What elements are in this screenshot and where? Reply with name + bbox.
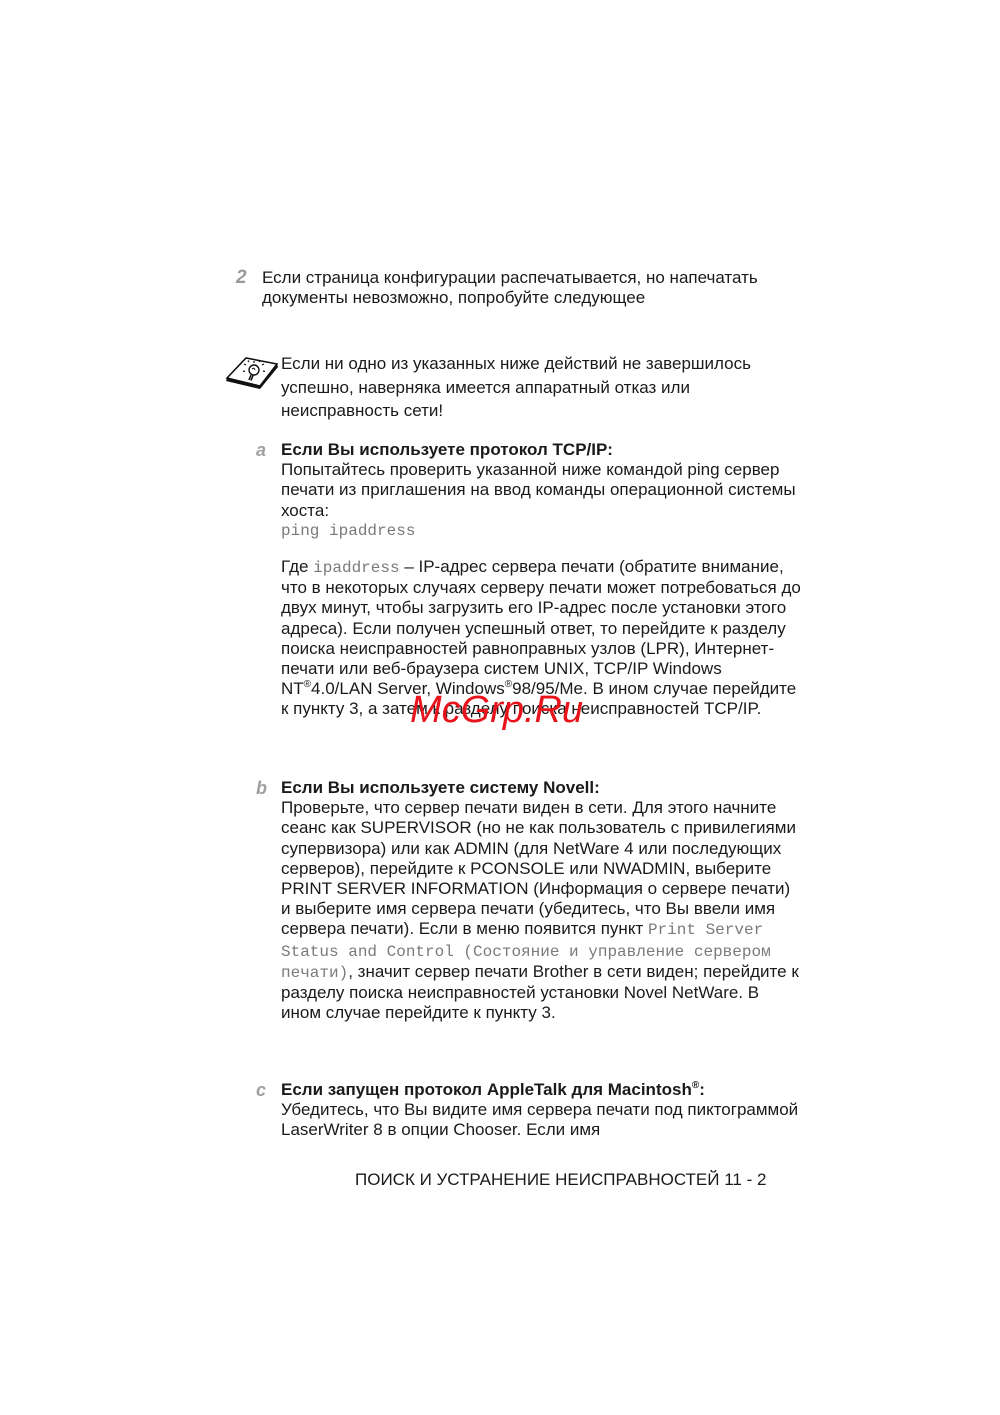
item-intro: Попытайтесь проверить указанной ниже ком…: [281, 460, 801, 521]
item-body: Если Вы используете систему Novell: Пров…: [281, 778, 801, 1023]
item-title: Если запущен протокол AppleTalk для Maci…: [281, 1080, 801, 1100]
item-body: Если запущен протокол AppleTalk для Maci…: [281, 1080, 801, 1141]
ping-command: ping ipaddress: [281, 521, 801, 541]
page-footer: ПОИСК И УСТРАНЕНИЕ НЕИСПРАВНОСТЕЙ 11 - 2: [355, 1170, 766, 1190]
item-title: Если Вы используете систему Novell:: [281, 778, 801, 798]
step-text: Если страница конфигурации распечатывает…: [262, 268, 762, 308]
item-text: Проверьте, что сервер печати виден в сет…: [281, 798, 801, 1023]
document-page: 2 Если страница конфигурации распечатыва…: [0, 0, 1000, 1415]
item-letter: c: [256, 1080, 266, 1100]
lightbulb-note-icon: [224, 352, 280, 394]
item-letter: a: [256, 440, 266, 460]
item-letter: b: [256, 778, 267, 798]
item-body: Если Вы используете протокол TCP/IP: Поп…: [281, 440, 801, 720]
item-text: Убедитесь, что Вы видите имя сервера печ…: [281, 1100, 801, 1140]
step-number: 2: [236, 268, 247, 288]
item-title: Если Вы используете протокол TCP/IP:: [281, 440, 801, 460]
registered-mark: ®: [304, 679, 311, 690]
item-detail: Где ipaddress – IP-адрес сервера печати …: [281, 557, 801, 720]
note-text: Если ни одно из указанных ниже действий …: [281, 352, 781, 423]
ipaddress-code: ipaddress: [313, 559, 399, 577]
